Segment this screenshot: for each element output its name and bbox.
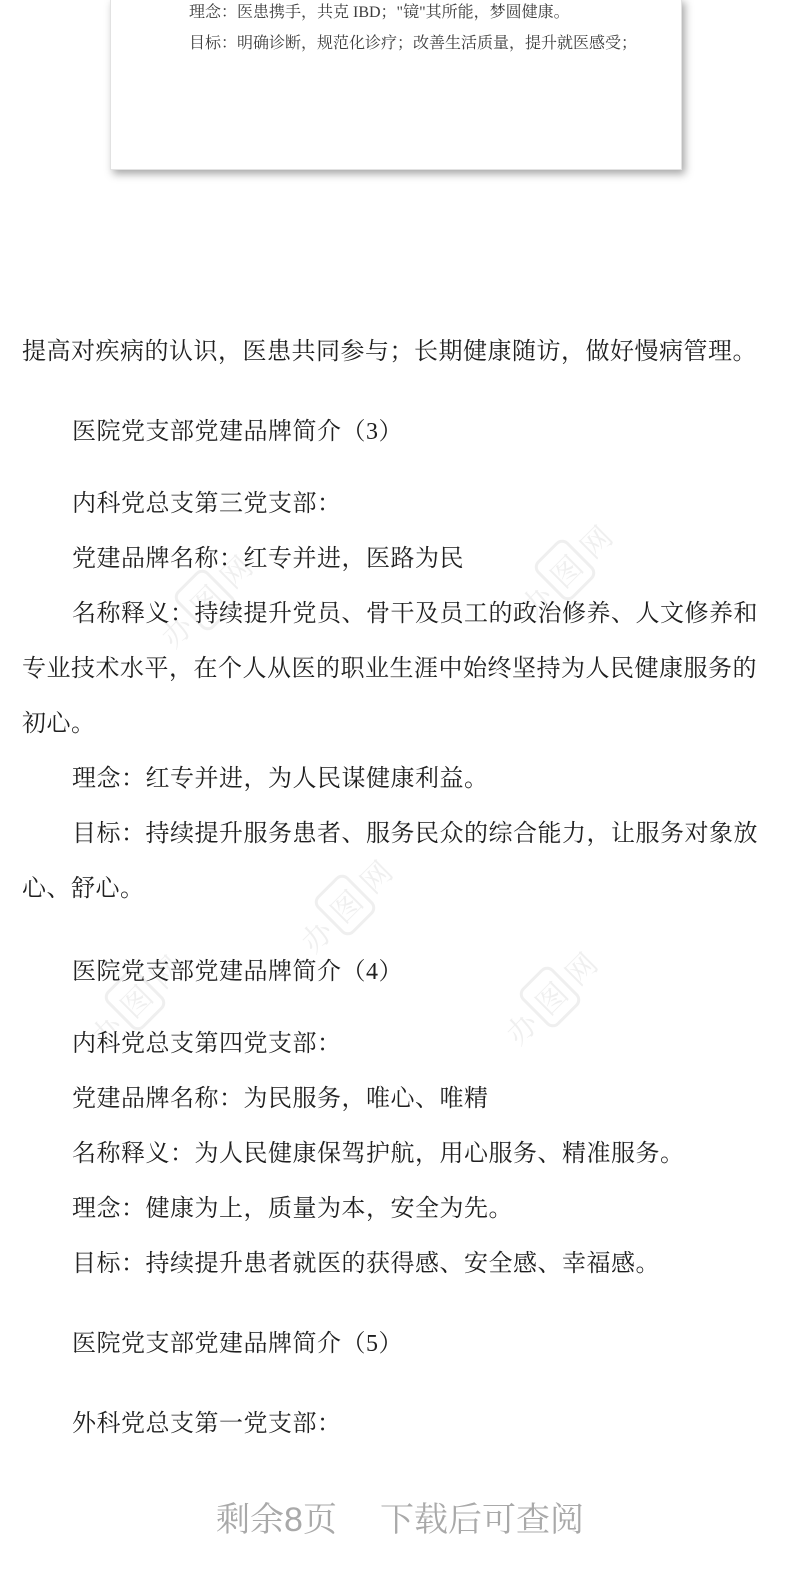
watermark: 办图网	[485, 932, 615, 1062]
doc-text-line: 理念：红专并进，为人民谋健康利益。	[72, 765, 489, 793]
section-heading: 医院党支部党建品牌简介（5）	[72, 1330, 403, 1358]
watermark-logo: 图	[516, 963, 584, 1031]
section-heading: 医院党支部党建品牌简介（3）	[72, 418, 403, 446]
doc-text-line: 理念：健康为上，质量为本，安全为先。	[72, 1195, 513, 1223]
doc-text-line: 提高对疾病的认识，医患共同参与；长期健康随访，做好慢病管理。	[22, 338, 757, 366]
watermark-char: 网	[349, 849, 401, 901]
watermark: 办图网	[280, 840, 410, 970]
doc-text-line: 名称释义：持续提升党员、骨干及员工的政治修养、人文修养和	[72, 600, 758, 628]
doc-text-line: 外科党总支第一党支部：	[72, 1410, 342, 1438]
doc-text-line: 初心。	[22, 710, 96, 738]
download-hint: 下载后可查阅	[380, 1492, 584, 1541]
remaining-pages-notice: 剩余8页 下载后可查阅	[0, 1492, 800, 1541]
doc-text-line: 目标：持续提升服务患者、服务民众的综合能力，让服务对象放	[72, 820, 758, 848]
watermark-char: 办	[289, 909, 341, 961]
doc-text-line: 名称释义：为人民健康保驾护航，用心服务、精准服务。	[72, 1140, 685, 1168]
watermark-char: 网	[569, 514, 621, 566]
watermark-logo: 图	[531, 536, 599, 604]
doc-text-line: 专业技术水平，在个人从医的职业生涯中始终坚持为人民健康服务的	[22, 655, 757, 683]
doc-text-line: 目标：持续提升患者就医的获得感、安全感、幸福感。	[72, 1250, 660, 1278]
watermark-char: 网	[554, 941, 606, 993]
doc-text-line: 心、舒心。	[22, 875, 145, 903]
watermark-logo: 图	[311, 871, 379, 939]
document-preview-page: 理念：医患携手，共克 IBD；"镜"其所能，梦圆健康。 目标：明确诊断，规范化诊…	[110, 0, 682, 170]
doc-text-line: 党建品牌名称：红专并进，医路为民	[72, 545, 464, 573]
document-preview-canvas: 理念：医患携手，共克 IBD；"镜"其所能，梦圆健康。 目标：明确诊断，规范化诊…	[0, 0, 800, 1591]
remaining-pages-count: 剩余8页	[216, 1492, 337, 1541]
preview-text-line: 目标：明确诊断，规范化诊疗；改善生活质量，提升就医感受；	[189, 34, 637, 54]
doc-text-line: 党建品牌名称：为民服务，唯心、唯精	[72, 1085, 489, 1113]
doc-text-line: 内科党总支第四党支部：	[72, 1030, 342, 1058]
watermark-char: 办	[494, 1001, 546, 1053]
section-heading: 医院党支部党建品牌简介（4）	[72, 958, 403, 986]
preview-text-line: 理念：医患携手，共克 IBD；"镜"其所能，梦圆健康。	[189, 3, 570, 23]
doc-text-line: 内科党总支第三党支部：	[72, 490, 342, 518]
